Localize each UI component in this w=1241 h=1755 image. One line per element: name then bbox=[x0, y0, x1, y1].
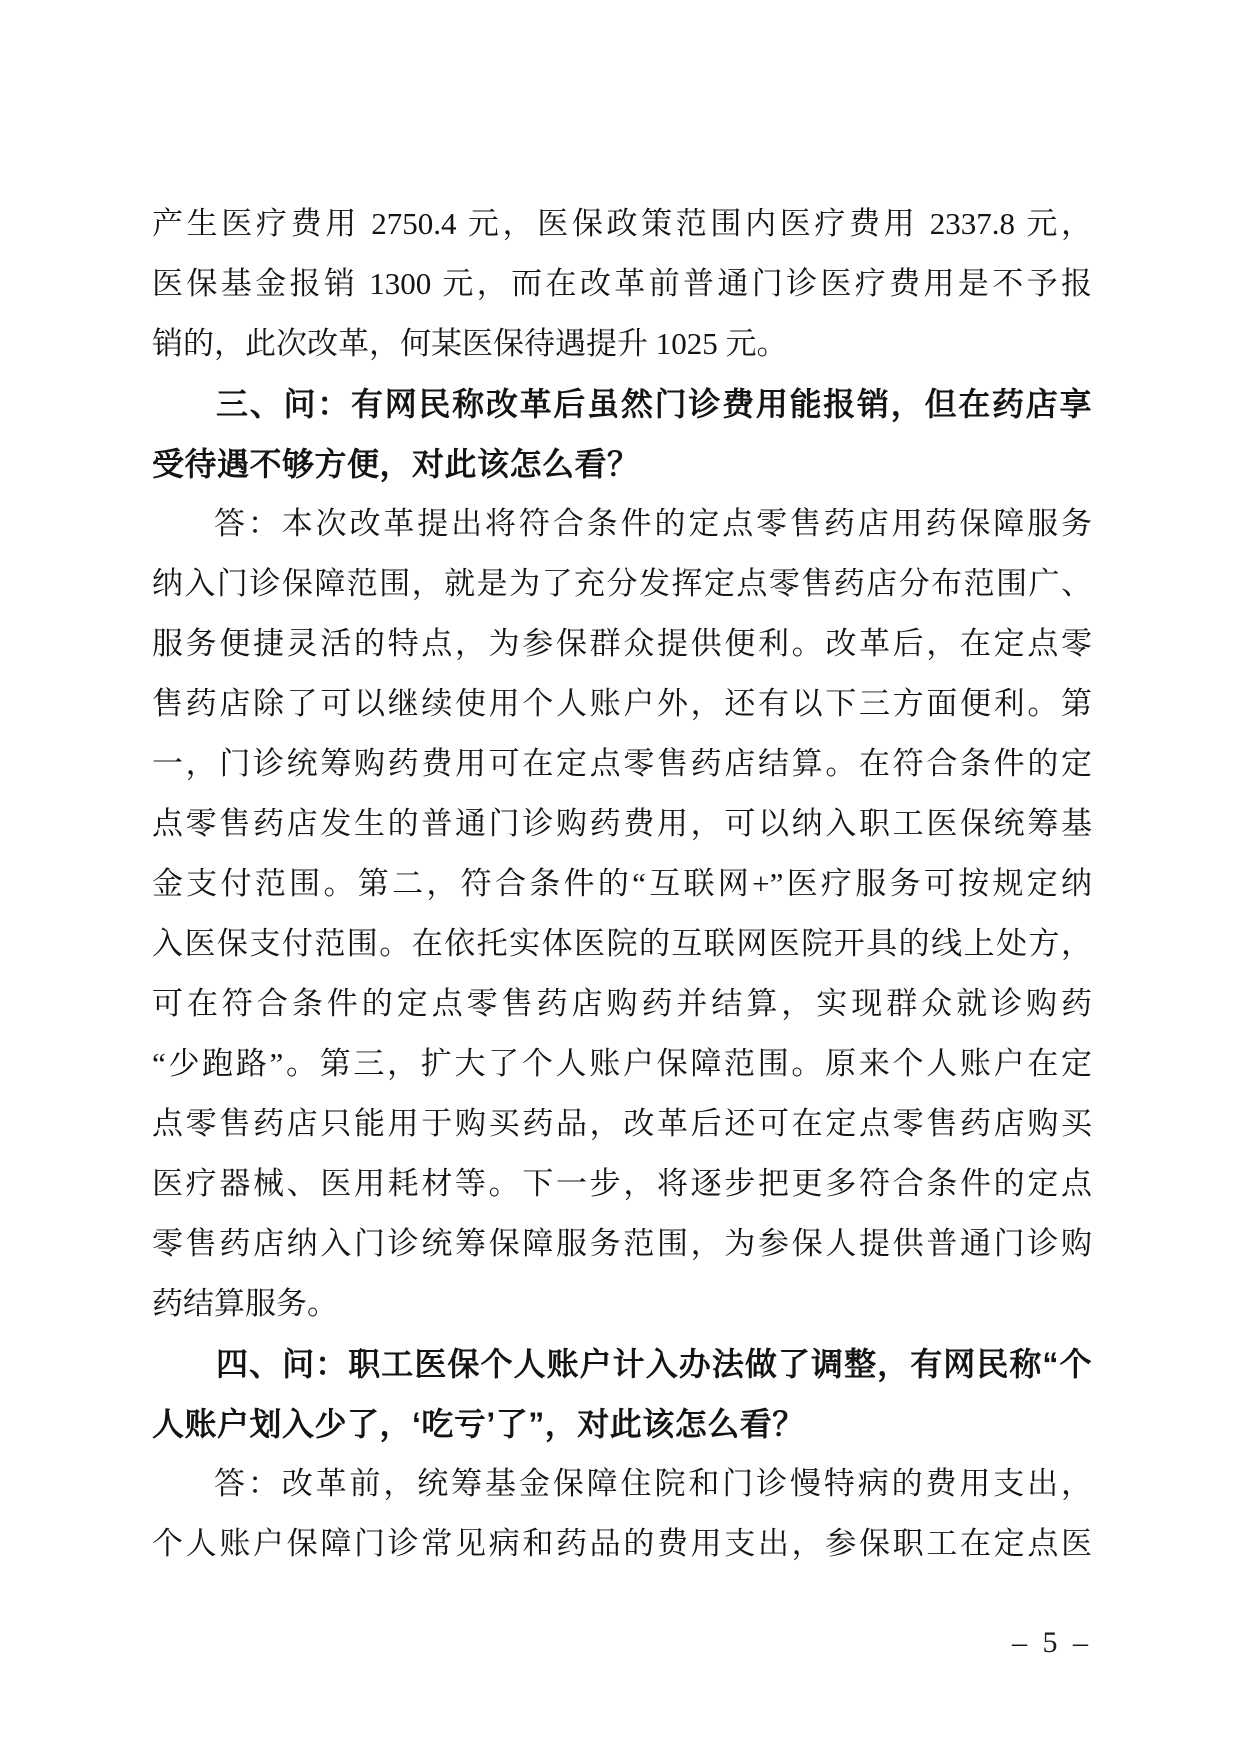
document-page: 产生医疗费用 2750.4 元，医保政策范围内医疗费用 2337.8 元，医保基… bbox=[0, 0, 1241, 1755]
body-text-line: 服务便捷灵活的特点，为参保群众提供便利。改革后，在定点零 bbox=[152, 614, 1092, 674]
document-body: 产生医疗费用 2750.4 元，医保政策范围内医疗费用 2337.8 元，医保基… bbox=[152, 194, 1092, 1574]
body-text-line: 点零售药店只能用于购买药品，改革后还可在定点零售药店购买 bbox=[152, 1094, 1092, 1154]
body-text-line: 个人账户保障门诊常见病和药品的费用支出，参保职工在定点医 bbox=[152, 1514, 1092, 1574]
body-text-line: 答：改革前，统筹基金保障住院和门诊慢特病的费用支出， bbox=[152, 1454, 1092, 1514]
body-text-line: 金支付范围。第二，符合条件的“互联网+”医疗服务可按规定纳 bbox=[152, 854, 1092, 914]
body-text-line: 售药店除了可以继续使用个人账户外，还有以下三方面便利。第 bbox=[152, 674, 1092, 734]
body-text-line: 医保基金报销 1300 元，而在改革前普通门诊医疗费用是不予报 bbox=[152, 254, 1092, 314]
heading-line: 四、问：职工医保个人账户计入办法做了调整，有网民称“个 bbox=[152, 1334, 1092, 1394]
heading-line: 人账户划入少了，‘吃亏’了”，对此该怎么看？ bbox=[152, 1394, 1092, 1454]
body-text-line: “少跑路”。第三，扩大了个人账户保障范围。原来个人账户在定 bbox=[152, 1034, 1092, 1094]
body-text-line: 医疗器械、医用耗材等。下一步，将逐步把更多符合条件的定点 bbox=[152, 1154, 1092, 1214]
body-text-line: 一，门诊统筹购药费用可在定点零售药店结算。在符合条件的定 bbox=[152, 734, 1092, 794]
body-text-line: 销的，此次改革，何某医保待遇提升 1025 元。 bbox=[152, 314, 1092, 374]
body-text-line: 药结算服务。 bbox=[152, 1274, 1092, 1334]
body-text-line: 产生医疗费用 2750.4 元，医保政策范围内医疗费用 2337.8 元， bbox=[152, 194, 1092, 254]
body-text-line: 入医保支付范围。在依托实体医院的互联网医院开具的线上处方， bbox=[152, 914, 1092, 974]
page-number: – 5 – bbox=[152, 1626, 1092, 1660]
body-text-line: 可在符合条件的定点零售药店购药并结算，实现群众就诊购药 bbox=[152, 974, 1092, 1034]
heading-line: 三、问：有网民称改革后虽然门诊费用能报销，但在药店享 bbox=[152, 374, 1092, 434]
body-text-line: 答：本次改革提出将符合条件的定点零售药店用药保障服务 bbox=[152, 494, 1092, 554]
body-text-line: 纳入门诊保障范围，就是为了充分发挥定点零售药店分布范围广、 bbox=[152, 554, 1092, 614]
body-text-line: 零售药店纳入门诊统筹保障服务范围，为参保人提供普通门诊购 bbox=[152, 1214, 1092, 1274]
body-text-line: 点零售药店发生的普通门诊购药费用，可以纳入职工医保统筹基 bbox=[152, 794, 1092, 854]
heading-line: 受待遇不够方便，对此该怎么看？ bbox=[152, 434, 1092, 494]
